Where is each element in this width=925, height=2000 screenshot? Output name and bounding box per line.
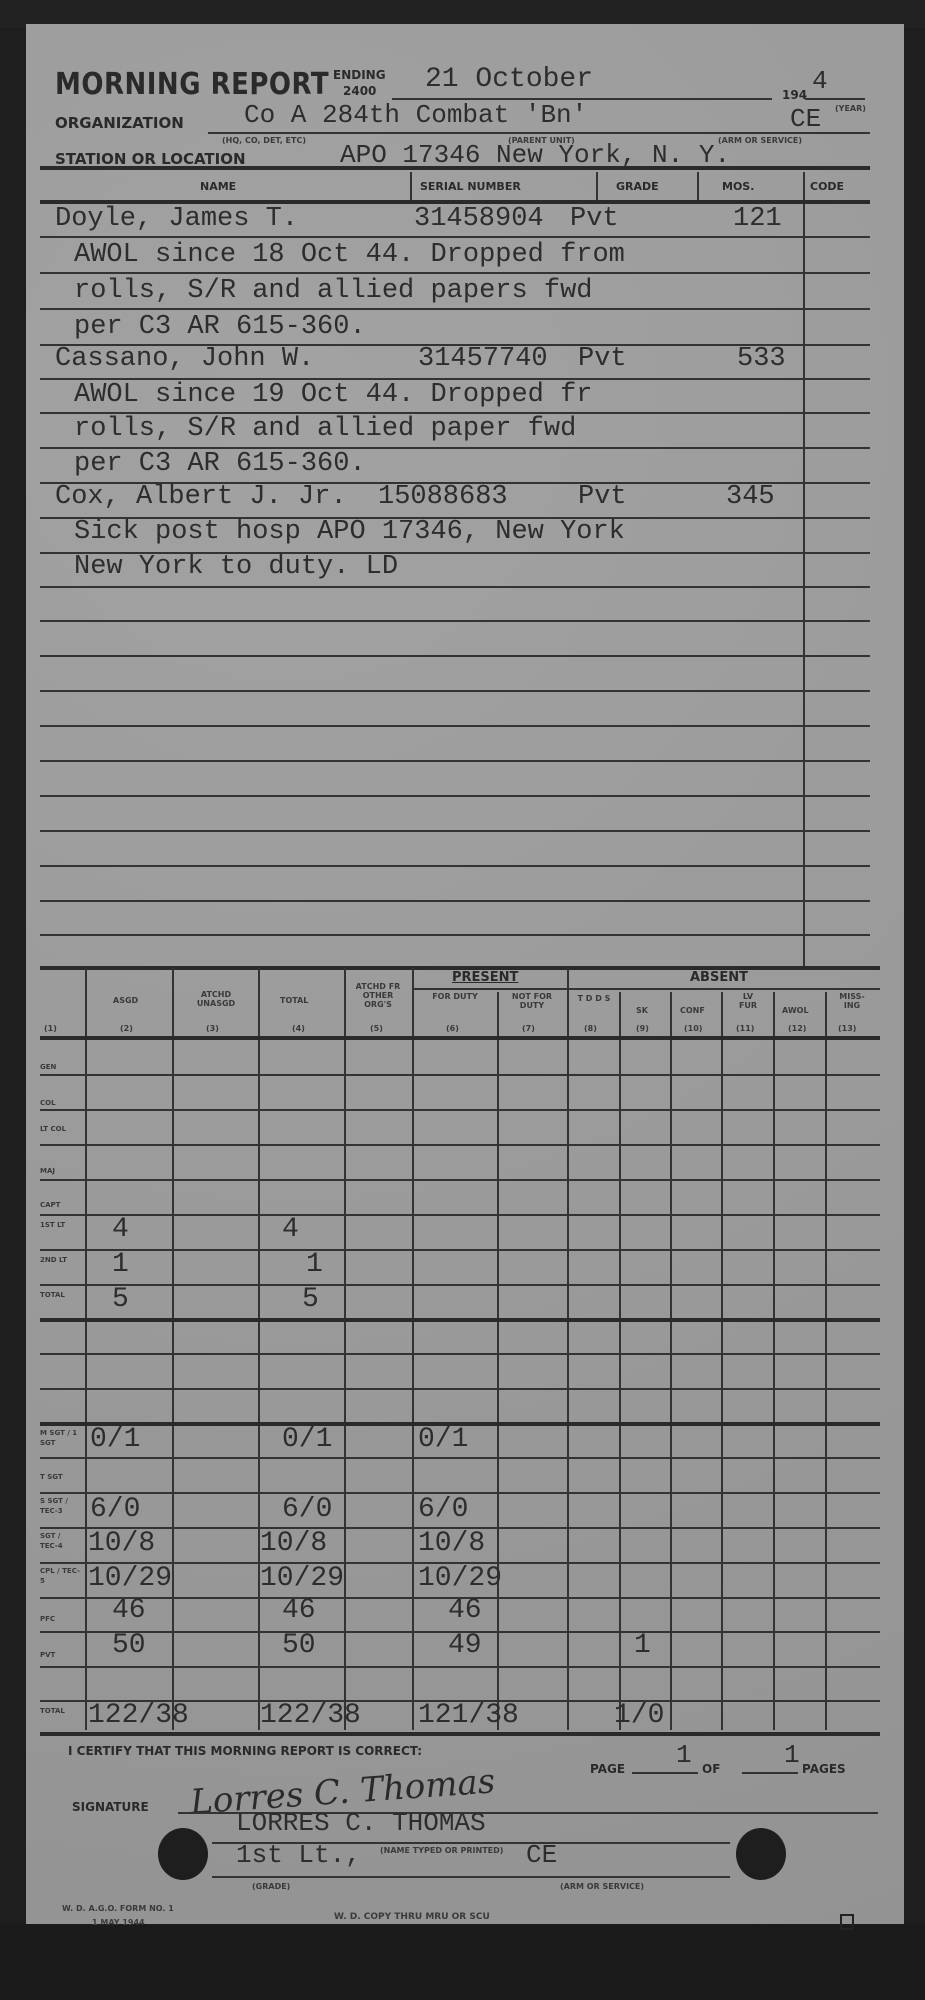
entry-mos: 121 <box>733 204 782 234</box>
strength-col-divider <box>721 992 723 1730</box>
row-rule <box>40 1353 880 1355</box>
binder-hole-left <box>158 1828 208 1880</box>
entry-remark-line: per C3 AR 615-360. <box>74 449 366 479</box>
page-total-underline <box>742 1772 798 1774</box>
row-rule <box>40 1457 880 1459</box>
strength-col-divider <box>497 992 499 1730</box>
entry-grade: Pvt <box>578 344 627 374</box>
row-label-pfc: PFC <box>40 1614 80 1624</box>
group-header-absent: ABSENT <box>690 970 748 985</box>
cell-pfc-for-duty: 46 <box>448 1595 482 1626</box>
strength-col-divider <box>412 968 414 1730</box>
page-number-underline <box>632 1772 698 1774</box>
col-header-atchd-other: ATCHD FR OTHER ORG'S <box>348 982 408 1009</box>
entry-remark-line: New York to duty. LD <box>74 552 398 582</box>
roster-divider <box>596 172 598 202</box>
roster-divider <box>697 172 699 202</box>
cell-total-total: 122/38 <box>260 1700 361 1731</box>
strength-bottom-rule <box>40 1732 880 1736</box>
group-header-present: PRESENT <box>452 970 518 985</box>
arm-caption: (ARM OR SERVICE) <box>560 1882 644 1891</box>
checkbox-icon <box>840 1914 854 1930</box>
copy-routing-note: W. D. COPY THRU MRU OR SCU <box>334 1912 490 1922</box>
group-header-rule <box>412 988 880 990</box>
cell-cpl-asgd: 10/29 <box>88 1563 172 1594</box>
entry-name: Cassano, John W. <box>55 344 314 374</box>
organization-underline <box>208 132 870 134</box>
ending-label: ENDING <box>333 68 386 82</box>
certification-statement: I CERTIFY THAT THIS MORNING REPORT IS CO… <box>68 1744 422 1758</box>
strength-col-divider <box>619 992 621 1730</box>
ruled-line <box>40 620 870 622</box>
header-rule <box>40 166 870 170</box>
row-label-lt-col: LT COL <box>40 1124 80 1134</box>
scan-border-bottom <box>0 1924 925 2000</box>
strength-col-divider <box>825 992 827 1730</box>
organization-value: Co A 284th Combat 'Bn' <box>244 100 587 130</box>
col-header-total: TOTAL <box>280 996 308 1005</box>
ruled-line <box>40 934 870 936</box>
col-num: (12) <box>788 1024 806 1033</box>
cell-ssgt-for-duty: 6/0 <box>418 1494 468 1525</box>
row-label-sgt: SGT / TEC-4 <box>40 1531 80 1551</box>
row-rule <box>40 1179 880 1181</box>
row-label-ssgt: S SGT / TEC-3 <box>40 1496 80 1516</box>
cell-msgt-total: 0/1 <box>282 1424 332 1455</box>
org-caption-unit-type: (HQ, CO, DET, ETC) <box>222 136 306 145</box>
ruled-line <box>40 830 870 832</box>
entry-grade: Pvt <box>578 482 627 512</box>
strength-col-divider <box>344 968 346 1730</box>
column-header-code: CODE <box>810 180 844 193</box>
row-rule <box>40 1249 880 1251</box>
cell-msgt-asgd: 0/1 <box>90 1424 140 1455</box>
report-date: 21 October <box>425 64 593 95</box>
col-header-missing: MISS- ING <box>832 992 872 1010</box>
col-num: (13) <box>838 1024 856 1033</box>
ruled-line <box>40 690 870 692</box>
column-header-mos: MOS. <box>722 180 754 193</box>
strength-col-divider <box>773 992 775 1730</box>
col-header-tdds: T D D S <box>574 994 614 1003</box>
cell-1st-lt-total: 4 <box>282 1214 299 1245</box>
cell-ssgt-total: 6/0 <box>282 1494 332 1525</box>
cell-pvt-sk: 1 <box>634 1630 651 1661</box>
col-header-for-duty: FOR DUTY <box>430 992 480 1001</box>
ruled-line <box>40 236 870 238</box>
cell-officer-total-total: 5 <box>302 1284 319 1315</box>
year-underline <box>805 98 865 100</box>
cell-cpl-for-duty: 10/29 <box>418 1563 502 1594</box>
cell-pvt-total: 50 <box>282 1630 316 1661</box>
row-label-maj: MAJ <box>40 1166 80 1176</box>
cell-pfc-total: 46 <box>282 1595 316 1626</box>
col-header-lv-fur: LV FUR <box>734 992 762 1010</box>
entry-remark-line: per C3 AR 615-360. <box>74 312 366 342</box>
col-num: (2) <box>120 1024 133 1033</box>
col-num: (8) <box>584 1024 597 1033</box>
cell-pvt-for-duty: 49 <box>448 1630 482 1661</box>
row-label-col: COL <box>40 1098 80 1108</box>
year-caption: (YEAR) <box>835 104 866 113</box>
name-caption: (NAME TYPED OR PRINTED) <box>380 1846 503 1855</box>
cell-cpl-total: 10/29 <box>260 1563 344 1594</box>
strength-header-rule <box>40 1036 880 1040</box>
binder-hole-right <box>736 1828 786 1880</box>
grade-caption: (GRADE) <box>252 1882 290 1891</box>
row-label-msgt: M SGT / 1 SGT <box>40 1428 80 1448</box>
strength-col-divider <box>670 992 672 1730</box>
strength-col-divider <box>258 968 260 1730</box>
cell-2nd-lt-asgd: 1 <box>112 1249 129 1280</box>
code-column-divider <box>803 172 805 968</box>
column-header-grade: GRADE <box>616 180 659 193</box>
cell-officer-total-asgd: 5 <box>112 1284 129 1315</box>
column-header-serial: SERIAL NUMBER <box>420 180 521 193</box>
grade-underline <box>212 1876 730 1878</box>
signature-label: SIGNATURE <box>72 1800 149 1814</box>
col-header-asgd: ASGD <box>113 996 138 1005</box>
col-header-conf: CONF <box>680 1006 705 1015</box>
col-header-not-for-duty: NOT FOR DUTY <box>500 992 564 1010</box>
col-num: (4) <box>292 1024 305 1033</box>
row-label-capt: CAPT <box>40 1200 80 1210</box>
ruled-line <box>40 865 870 867</box>
form-title: MORNING REPORT <box>55 68 329 103</box>
row-rule <box>40 1284 880 1286</box>
row-label-gen: GEN <box>40 1062 80 1072</box>
row-rule <box>40 1388 880 1390</box>
row-label-officer-total: TOTAL <box>40 1290 80 1300</box>
entry-remark-line: rolls, S/R and allied papers fwd <box>74 276 592 306</box>
row-label-2nd-lt: 2ND LT <box>40 1255 80 1265</box>
row-label-pvt: PVT <box>40 1650 80 1660</box>
col-num: (10) <box>684 1024 702 1033</box>
entry-name: Doyle, James T. <box>55 204 298 234</box>
ruled-line <box>40 586 870 588</box>
entry-serial: 15088683 <box>378 482 508 512</box>
col-num: (9) <box>636 1024 649 1033</box>
strength-col-divider <box>172 968 174 1730</box>
entry-name: Cox, Albert J. Jr. <box>55 482 347 512</box>
ruled-line <box>40 795 870 797</box>
row-label-1st-lt: 1ST LT <box>40 1220 80 1230</box>
row-label-enlisted-total: TOTAL <box>40 1706 80 1716</box>
entry-serial: 31458904 <box>414 204 544 234</box>
row-rule <box>40 1666 880 1668</box>
ruled-line <box>40 308 870 310</box>
cell-2nd-lt-total: 1 <box>306 1249 323 1280</box>
entry-mos: 533 <box>737 344 786 374</box>
cell-sgt-for-duty: 10/8 <box>418 1528 485 1559</box>
org-caption-arm-service: (ARM OR SERVICE) <box>718 136 802 145</box>
col-num: (3) <box>206 1024 219 1033</box>
cell-msgt-for-duty: 0/1 <box>418 1424 468 1455</box>
year-prefix: 194 <box>782 88 807 102</box>
row-label-cpl: CPL / TEC-5 <box>40 1566 80 1586</box>
cell-sgt-asgd: 10/8 <box>88 1528 155 1559</box>
row-label-tsgt: T SGT <box>40 1472 80 1482</box>
col-num: (5) <box>370 1024 383 1033</box>
ruled-line <box>40 900 870 902</box>
page-total: 1 <box>784 1740 800 1770</box>
ruled-line <box>40 725 870 727</box>
cell-total-for-duty: 121/38 <box>418 1700 519 1731</box>
entry-mos: 345 <box>726 482 775 512</box>
row-rule <box>40 1074 880 1076</box>
entry-remark-line: AWOL since 19 Oct 44. Dropped fr <box>74 380 592 410</box>
strength-col-divider <box>567 968 569 1730</box>
officer-section-rule <box>40 1318 880 1322</box>
entry-remark-line: AWOL since 18 Oct 44. Dropped from <box>74 240 625 270</box>
row-rule <box>40 1109 880 1111</box>
roster-divider <box>410 172 412 202</box>
row-rule <box>40 1214 880 1216</box>
entry-remark-line: Sick post hosp APO 17346, New York <box>74 517 625 547</box>
strength-col-divider <box>85 968 87 1730</box>
cell-sgt-total: 10/8 <box>260 1528 327 1559</box>
col-header-sk: SK <box>636 1006 648 1015</box>
cell-1st-lt-asgd: 4 <box>112 1214 129 1245</box>
page-label: PAGE <box>590 1762 625 1776</box>
ruled-line <box>40 655 870 657</box>
ending-time-label: 2400 <box>343 84 376 98</box>
cell-pfc-asgd: 46 <box>112 1595 146 1626</box>
year-value: 4 <box>812 66 828 96</box>
organization-label: ORGANIZATION <box>55 114 184 132</box>
of-label: OF <box>702 1762 720 1776</box>
organization-arm-value: CE <box>790 104 821 134</box>
page-number: 1 <box>676 1740 692 1770</box>
ruled-line <box>40 272 870 274</box>
entry-remark-line: rolls, S/R and allied paper fwd <box>74 414 576 444</box>
ruled-line <box>40 760 870 762</box>
col-num: (1) <box>44 1024 57 1033</box>
col-num: (6) <box>446 1024 459 1033</box>
cell-ssgt-asgd: 6/0 <box>90 1494 140 1525</box>
typed-officer-name: LORRES C. THOMAS <box>236 1808 486 1838</box>
entry-serial: 31457740 <box>418 344 548 374</box>
entry-grade: Pvt <box>570 204 619 234</box>
col-num: (11) <box>736 1024 754 1033</box>
cell-pvt-asgd: 50 <box>112 1630 146 1661</box>
col-header-atchd-unasgd: ATCHD UNASGD <box>186 990 246 1008</box>
row-rule <box>40 1144 880 1146</box>
col-num: (7) <box>522 1024 535 1033</box>
officer-arm: CE <box>526 1840 557 1870</box>
column-header-name: NAME <box>200 180 236 193</box>
officer-grade: 1st Lt., <box>236 1840 361 1870</box>
cell-total-asgd: 122/38 <box>88 1700 189 1731</box>
pages-label: PAGES <box>802 1762 846 1776</box>
col-header-awol: AWOL <box>782 1006 809 1015</box>
form-date: 1 MAY 1944 <box>92 1918 145 1927</box>
cell-total-sk: 1/0 <box>614 1700 664 1731</box>
form-number: W. D. A.G.O. FORM NO. 1 <box>62 1904 174 1913</box>
